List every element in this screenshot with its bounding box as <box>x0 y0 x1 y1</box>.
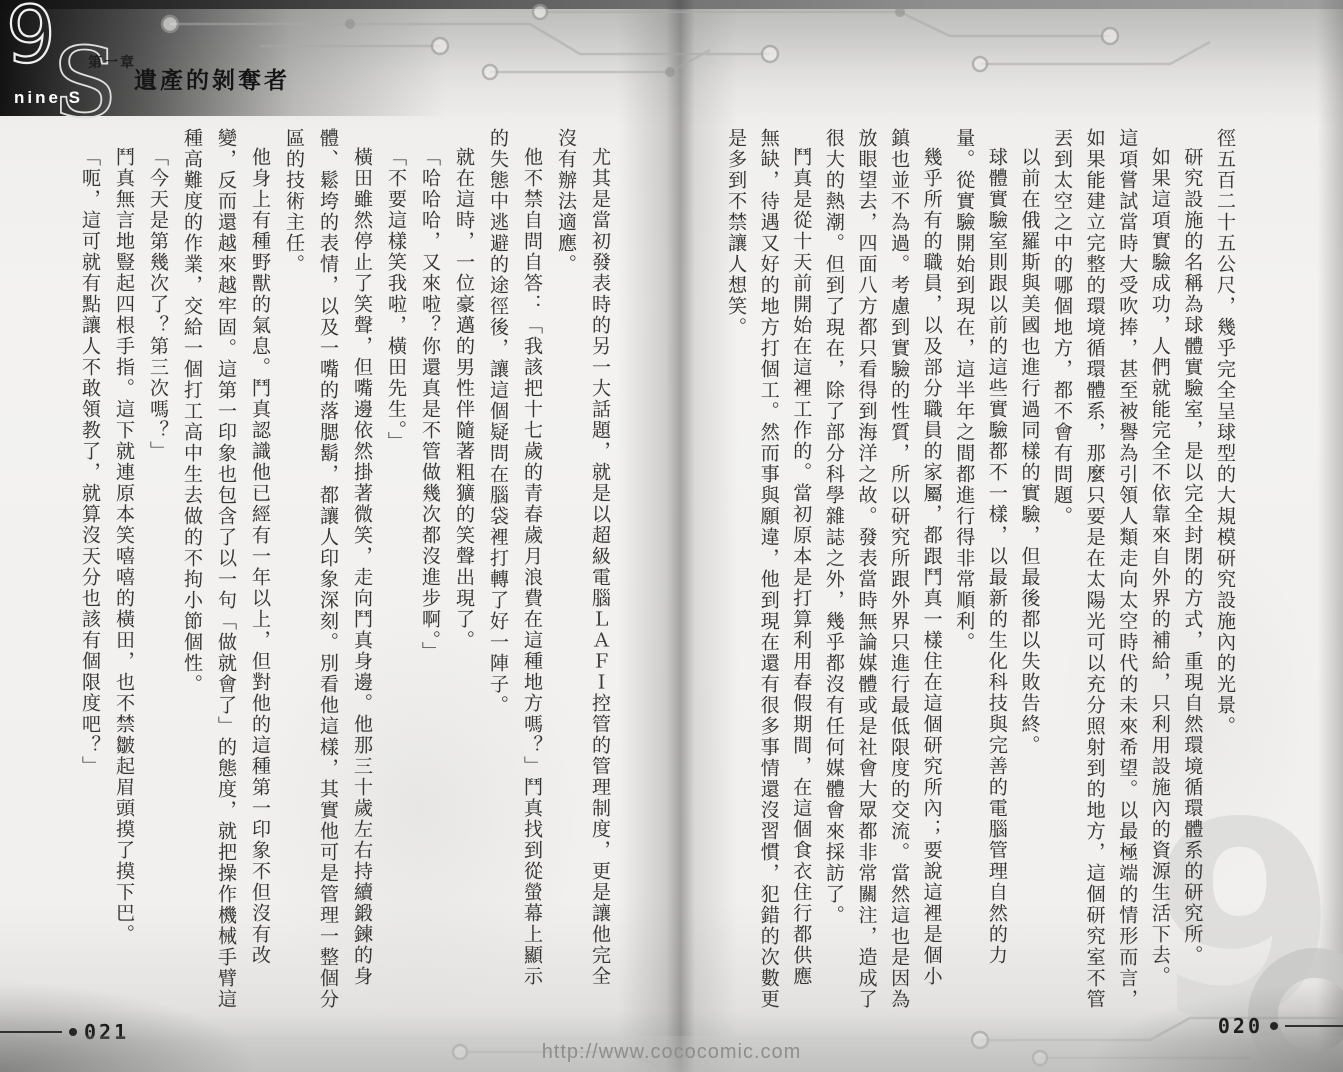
text-column: 幾乎所有的職員，以及部分職員的家屬，都跟鬥真一樣住在這個研究所內；要說這裡是個小 <box>914 128 947 1040</box>
text-column: 「呃，這可就有點讓人不敢領教了，就算沒天分也該有個限度吧？」 <box>72 128 106 1040</box>
logo-caption: nine S <box>14 88 83 107</box>
text-column: 的失態中逃避的途徑後，讓這個疑問在腦袋裡打轉了好一陣子。 <box>480 128 514 1040</box>
text-column: 沒有辦法適應。 <box>548 128 582 1040</box>
text-column: 「今天是第幾次了？第三次嗎？」 <box>140 128 174 1040</box>
scan-corner-shadow <box>1083 982 1343 1072</box>
text-column: 量。從實驗開始到現在，這半年之間都進行得非常順利。 <box>947 128 980 1040</box>
text-column: 他身上有種野獸的氣息。鬥真認識他已經有一年以上，但對他的這種第一印象不但沒有改 <box>242 128 276 1040</box>
text-column: 他不禁自問自答：「我該把十七歲的青春歲月浪費在這種地方嗎？」鬥真找到從螢幕上顯示 <box>514 128 548 1040</box>
text-column: 鬥真無言地豎起四根手指。這下就連原本笑嘻嘻的橫田，也不禁皺起眉頭摸了摸下巴。 <box>106 128 140 1040</box>
text-column: 尤其是當初發表時的另一大話題，就是以超級電腦ＬＡＦＩ控管的管理制度，更是讓他完全 <box>582 128 616 1040</box>
text-column: 徑五百二十五公尺，幾乎完全呈球型的大規模研究設施內的光景。 <box>1207 128 1240 1040</box>
scan-corner-shadow <box>0 982 260 1072</box>
text-column: 「哈哈哈，又來啦？你還真是不管做幾次都沒進步啊。」 <box>412 128 446 1040</box>
text-column: 「不要這樣笑我啦，橫田先生。」 <box>378 128 412 1040</box>
text-column: 這項嘗試當時大受吹捧，甚至被譽為引領人類走向太空時代的未來希望。以最極端的情形而… <box>1110 128 1143 1040</box>
text-column: 研究設施的名稱為球體實驗室，是以完全封閉的方式，重現自然環境循環體系的研究所。 <box>1175 128 1208 1040</box>
scanned-book-spread: 9 9 S nine S 第一章 遺產的剝奪者 徑五百二十五公尺，幾乎完全呈球型… <box>0 0 1343 1072</box>
text-column: 體、鬆垮的表情，以及一嘴的落腮鬍，都讓人印象深刻。別看他這樣，其實他可是管理一整… <box>310 128 344 1040</box>
text-column: 區的技術主任。 <box>276 128 310 1040</box>
text-column: 如果這項實驗成功，人們就能完全不依靠來自外界的補給，只利用設施內的資源生活下去。 <box>1142 128 1175 1040</box>
text-column: 放眼望去，四面八方都只看得到海洋之故。發表當時無論媒體或是社會大眾都非常關注，造… <box>849 128 882 1040</box>
logo-numeral-9: 9 <box>6 0 56 81</box>
text-column: 變，反而還越來越牢固。這第一印象也包含了以一句「做就會了」的態度，就把操作機械手… <box>208 128 242 1040</box>
text-column: 種高難度的作業，交給一個打工高中生去做的不拘小節個性。 <box>174 128 208 1040</box>
text-column: 如果能建立完整的環境循環體系，那麼只要是在太陽光可以充分照射到的地方，這個研究室… <box>1077 128 1110 1040</box>
text-column: 鬥真是從十天前開始在這裡工作的。當初原本是打算利用春假期間，在這個食衣住行都供應 <box>784 128 817 1040</box>
chapter-title: 遺產的剝奪者 <box>134 62 290 95</box>
text-column: 橫田雖然停止了笑聲，但嘴邊依然掛著微笑，走向鬥真身邊。他那三十歲左右持續鍛鍊的身 <box>344 128 378 1040</box>
chapter-label: 第一章 <box>88 52 136 72</box>
logo-letter-s: S <box>52 27 118 130</box>
text-column: 球體實驗室則跟以前的這些實驗都不一樣，以最新的生化科技與完善的電腦管理自然的力 <box>979 128 1012 1040</box>
text-column: 很大的熱潮。但到了現在，除了部分科學雜誌之外，幾乎都沒有任何媒體會來採訪了。 <box>816 128 849 1040</box>
text-column: 無缺，待遇又好的地方打個工。然而事與願違，他到現在還有很多事情還沒習慣，犯錯的次… <box>751 128 784 1040</box>
text-column: 以前在俄羅斯與美國也進行過同樣的實驗，但最後都以失敗告終。 <box>1012 128 1045 1040</box>
text-column: 丟到太空之中的哪個地方，都不會有問題。 <box>1044 128 1077 1040</box>
text-column: 是多到不禁讓人想笑。 <box>719 128 752 1040</box>
text-column: 就在這時，一位豪邁的男性伴隨著粗獷的笑聲出現了。 <box>446 128 480 1040</box>
text-column: 鎮也並不為過。考慮到實驗的性質，所以研究所跟外界只進行最低限度的交流。當然這也是… <box>881 128 914 1040</box>
left-page-text: 尤其是當初發表時的另一大話題，就是以超級電腦ＬＡＦＩ控管的管理制度，更是讓他完全… <box>72 128 616 1040</box>
right-page-text: 徑五百二十五公尺，幾乎完全呈球型的大規模研究設施內的光景。研究設施的名稱為球體實… <box>712 128 1240 1040</box>
